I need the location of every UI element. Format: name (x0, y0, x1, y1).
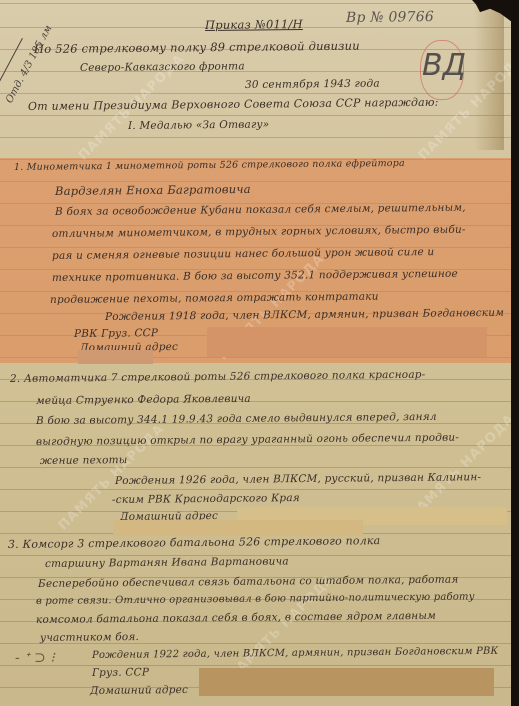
signature-mark: ВД (422, 48, 466, 83)
entry-1-birth-2: РВК Груз. ССР (74, 327, 158, 340)
entry-3-name: старшину Вартанян Ивана Вартановича (45, 555, 289, 570)
entry-2-name: мейца Струенко Федора Яковлевича (36, 393, 251, 407)
redacted-address (207, 327, 487, 357)
ink-smudge: - ᐩ ⊃ ⁝ (15, 650, 55, 666)
award-title: I. Медалью «За Отвагу» (128, 119, 270, 132)
redacted-address (113, 520, 363, 536)
archive-ref: Вр № 09766 (346, 9, 434, 26)
entry-1-name: Вардзелян Еноха Багратовича (55, 182, 251, 198)
order-date: 30 сентября 1943 года (245, 78, 380, 91)
order-number: Приказ №011/Н (205, 17, 303, 32)
entry-3-address-label: Домашний адрес (90, 684, 188, 697)
entry-3-birth-2: Груз. ССР (92, 666, 149, 679)
document-page: ПАМЯТЬ НАРОДА ПАМЯТЬ НАРОДА ПАМЯТЬ НАРОД… (0, 0, 512, 706)
redacted-address (199, 668, 494, 696)
entry-3-body-line: участником боя. (40, 631, 139, 644)
entry-2-birth-2: -ским РВК Краснодарского Края (112, 492, 300, 506)
scan-edge (511, 0, 519, 706)
addressee-line-2: Северо-Кавказского фронта (80, 60, 245, 74)
redacted-address (78, 350, 153, 364)
entry-2-body-line: жение пехоты (40, 454, 128, 467)
